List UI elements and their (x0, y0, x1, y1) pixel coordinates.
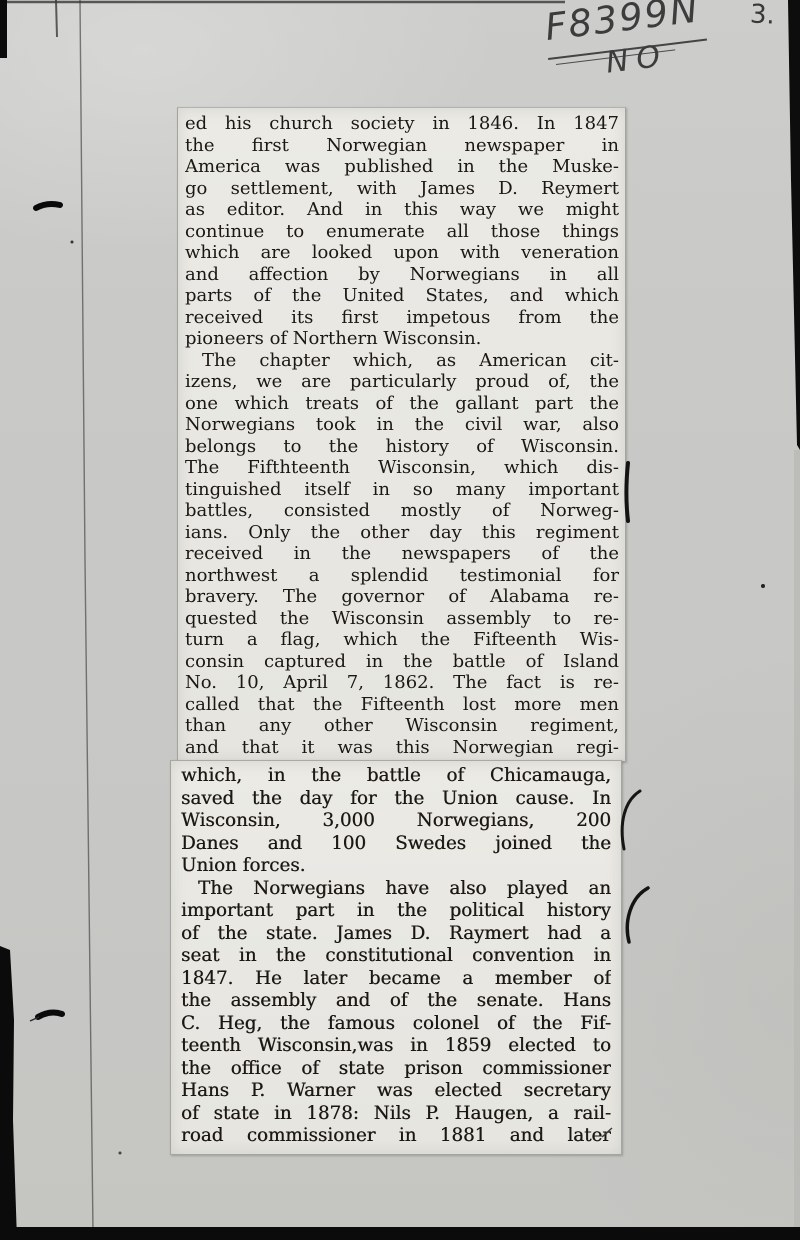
text-line: the assembly and of the senate. Hans (181, 990, 611, 1013)
text-line: the first Norwegian newspaper in (185, 135, 619, 157)
text-line: Norwegians took in the civil war, also (185, 414, 619, 436)
text-line: ed his church society in 1846. In 1847 (185, 113, 619, 135)
text-line: teenth Wisconsin,was in 1859 elected to (181, 1035, 611, 1058)
text-line: The Fifthteenth Wisconsin, which dis- (185, 457, 619, 479)
text-line: The chapter which, as American cit- (185, 350, 619, 372)
pen-vertical-stroke (627, 463, 629, 521)
pen-dash-tail (30, 1017, 39, 1021)
pen-dash-mark-lower (38, 1013, 62, 1017)
scanned-page: ed his church society in 1846. In 1847th… (0, 0, 800, 1240)
text-line: pioneers of Northern Wisconsin. (185, 328, 619, 350)
text-line: bravery. The governor of Alabama re- (185, 586, 619, 608)
text-line: izens, we are particularly proud of, the (185, 371, 619, 393)
text-line: called that the Fifteenth lost more men (185, 694, 619, 716)
text-line: northwest a splendid testimonial for (185, 565, 619, 587)
text-line: belongs to the history of Wisconsin. (185, 436, 619, 458)
top-left-tick-mark (56, 0, 57, 37)
text-line: consin captured in the battle of Island (185, 651, 619, 673)
clipping-1-text: ed his church society in 1846. In 1847th… (185, 113, 619, 758)
text-line: and that it was this Norwegian regi- (185, 737, 619, 759)
scan-edge-bottom (0, 1227, 800, 1240)
text-line: tinguished itself in so many important (185, 479, 619, 501)
text-line: one which treats of the gallant part the (185, 393, 619, 415)
text-line: ians. Only the other day this regiment (185, 522, 619, 544)
text-line: quested the Wisconsin assembly to re- (185, 608, 619, 630)
text-line: go settlement, with James D. Reymert (185, 178, 619, 200)
text-line: the office of state prison commissioner (181, 1058, 611, 1081)
newspaper-clipping-upper: ed his church society in 1846. In 1847th… (177, 107, 626, 762)
ink-speck-3 (119, 1152, 122, 1155)
text-line: continue to enumerate all those things (185, 221, 619, 243)
scan-edge-left-bottom (0, 946, 17, 1240)
text-line: battles, consisted mostly of Norweg- (185, 500, 619, 522)
ink-speck-1 (761, 584, 765, 588)
ink-speck-2 (71, 241, 74, 244)
text-line: Wisconsin, 3,000 Norwegians, 200 (181, 810, 611, 833)
text-line: road commissioner in 1881 and later (181, 1125, 611, 1148)
text-line: as editor. And in this way we might (185, 199, 619, 221)
text-line: parts of the United States, and which (185, 285, 619, 307)
text-line: 1847. He later became a member of (181, 968, 611, 991)
text-line: than any other Wisconsin regiment, (185, 715, 619, 737)
text-line: important part in the political history (181, 900, 611, 923)
scan-edge-left-top (0, 0, 7, 58)
text-line: America was published in the Muske- (185, 156, 619, 178)
text-line: Union forces. (181, 855, 611, 878)
page-fold-line (80, 0, 93, 1232)
newspaper-clipping-lower: which, in the battle of Chicamauga,saved… (170, 760, 622, 1155)
text-line: turn a flag, which the Fifteenth Wis- (185, 629, 619, 651)
text-line: C. Heg, the famous colonel of the Fif- (181, 1013, 611, 1036)
handwritten-note: NO (604, 38, 670, 80)
text-line: of the state. James D. Raymert had a (181, 923, 611, 946)
text-line: which are looked upon with veneration (185, 242, 619, 264)
text-line: No. 10, April 7, 1862. The fact is re- (185, 672, 619, 694)
text-line: of state in 1878: Nils P. Haugen, a rail… (181, 1103, 611, 1126)
text-line: Hans P. Warner was elected secretary (181, 1080, 611, 1103)
text-line: which, in the battle of Chicamauga, (181, 765, 611, 788)
text-line: The Norwegians have also played an (181, 878, 611, 901)
clipping-2-text: which, in the battle of Chicamauga,saved… (181, 765, 611, 1148)
text-line: received its first impetous from the (185, 307, 619, 329)
pen-paren-mark-2 (627, 888, 648, 942)
pen-dash-mark-upper (36, 204, 60, 208)
text-line: saved the day for the Union cause. In (181, 788, 611, 811)
handwritten-page-number: 3. (749, 0, 775, 31)
text-line: Danes and 100 Swedes joined the (181, 833, 611, 856)
scan-edge-right-top (788, 0, 800, 450)
scan-edge-right-shading (794, 450, 800, 1227)
pen-paren-mark-1 (622, 791, 640, 849)
text-line: received in the newspapers of the (185, 543, 619, 565)
text-line: seat in the constitutional convention in (181, 945, 611, 968)
text-line: and affection by Norwegians in all (185, 264, 619, 286)
